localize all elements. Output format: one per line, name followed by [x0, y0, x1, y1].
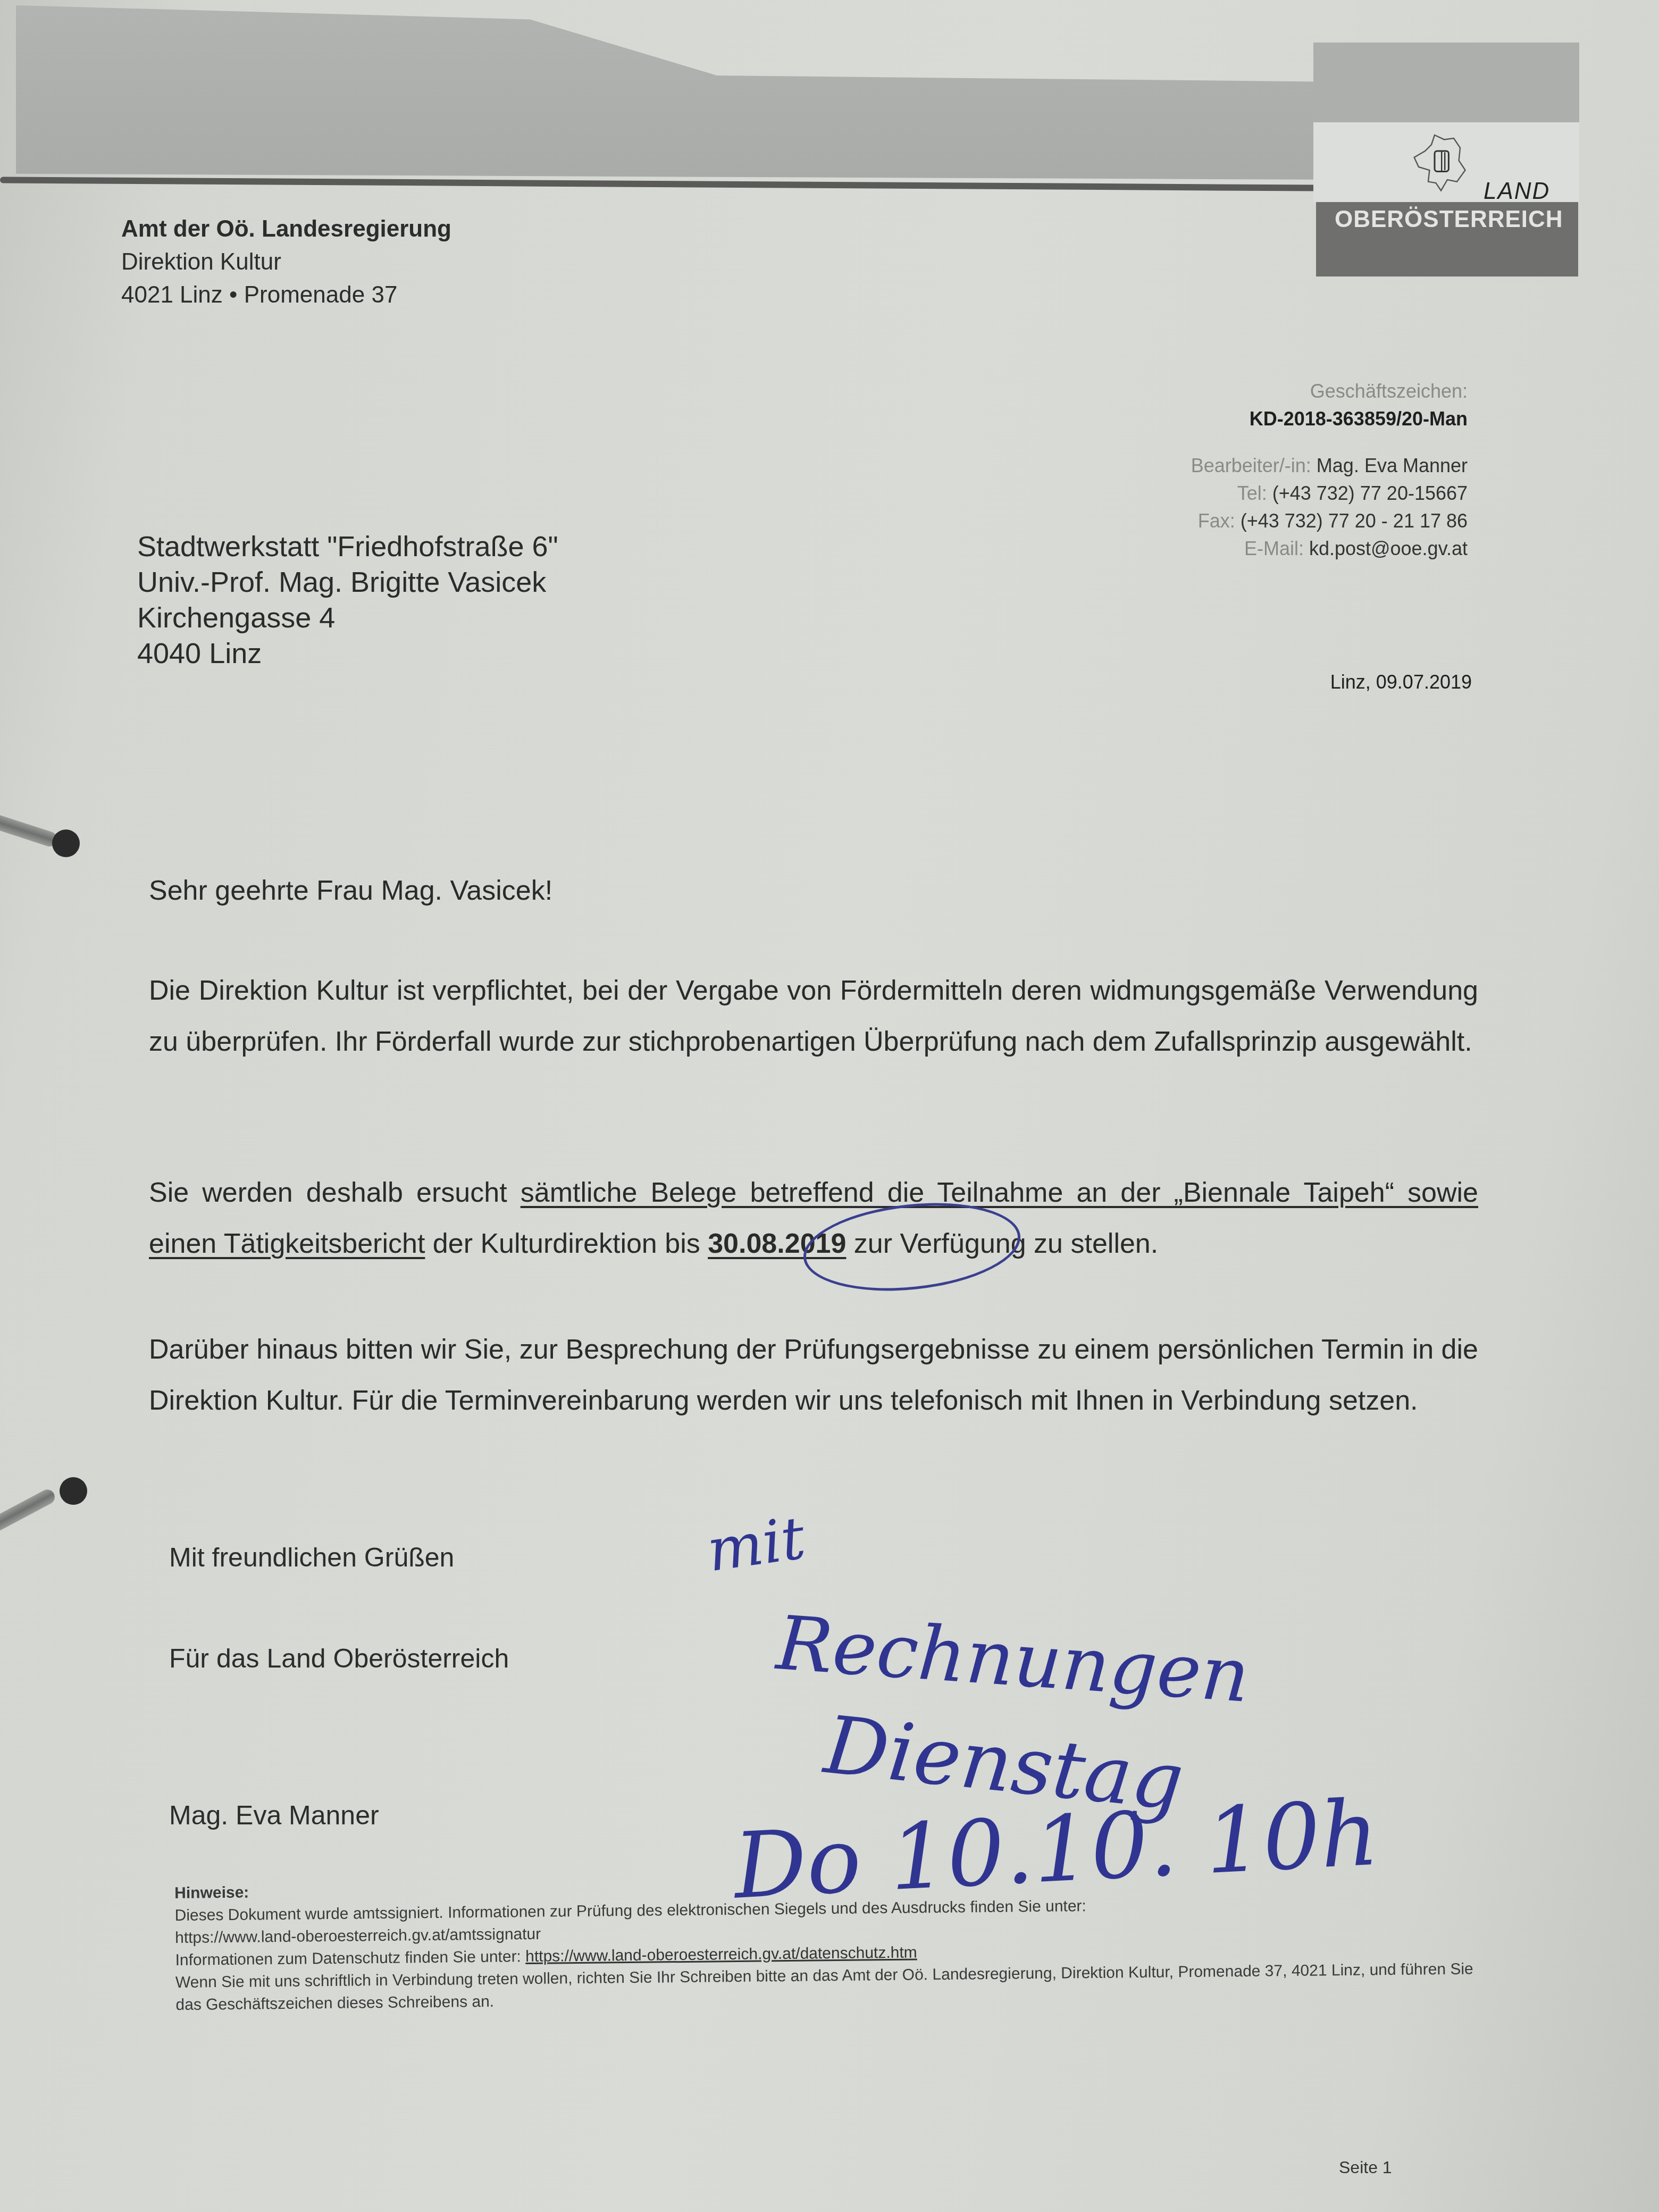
- tel-line: Tel: (+43 732) 77 20-15667: [1191, 480, 1468, 507]
- email-line: E-Mail: kd.post@ooe.gv.at: [1191, 535, 1468, 563]
- reference-block: Geschäftszeichen: KD-2018-363859/20-Man …: [1191, 378, 1468, 563]
- email-label: E-Mail:: [1244, 538, 1304, 559]
- sender-department: Direktion Kultur: [121, 246, 451, 279]
- separator-bullet: •: [229, 282, 237, 308]
- brand-oberoesterreich: OBERÖSTERREICH: [1335, 206, 1563, 233]
- footnotes: Hinweise: Dieses Dokument wurde amtssign…: [174, 1869, 1479, 2016]
- reference-number: KD-2018-363859/20-Man: [1191, 405, 1468, 433]
- handwritten-note-line-1: mit: [703, 1504, 809, 1585]
- fax-number: (+43 732) 77 20 - 21 17 86: [1241, 510, 1468, 532]
- sender-street: Promenade 37: [244, 282, 398, 308]
- tel-label: Tel:: [1237, 482, 1267, 504]
- privacy-label: Informationen zum Datenschutz finden Sie…: [175, 1948, 525, 1969]
- privacy-link[interactable]: https://www.land-oberoesterreich.gv.at/d…: [525, 1943, 917, 1965]
- paragraph-2-middle: der Kulturdirektion bis: [425, 1228, 708, 1259]
- paragraph-1: Die Direktion Kultur ist verpflichtet, b…: [149, 965, 1478, 1067]
- fax-line: Fax: (+43 732) 77 20 - 21 17 86: [1191, 507, 1468, 535]
- salutation: Sehr geehrte Frau Mag. Vasicek!: [149, 875, 552, 907]
- sender-address: Amt der Oö. Landesregierung Direktion Ku…: [121, 213, 451, 312]
- sender-street-line: 4021 Linz • Promenade 37: [121, 279, 451, 312]
- brand-land: LAND: [1484, 178, 1550, 205]
- punch-hole-icon: [52, 829, 80, 857]
- recipient-address: Stadtwerkstatt "Friedhofstraße 6" Univ.-…: [137, 529, 558, 672]
- recipient-organization: Stadtwerkstatt "Friedhofstraße 6": [137, 529, 558, 565]
- paragraph-3: Darüber hinaus bitten wir Sie, zur Bespr…: [149, 1324, 1478, 1426]
- page-number: Seite 1: [1339, 2158, 1392, 2177]
- letterhead-band-right: [1313, 43, 1579, 122]
- email-address: kd.post@ooe.gv.at: [1309, 538, 1468, 559]
- closing-on-behalf: Für das Land Oberösterreich: [169, 1643, 509, 1674]
- upper-austria-coat-of-arms-map-icon: [1409, 132, 1473, 196]
- punch-hole-icon: [60, 1477, 87, 1505]
- letter-date: Linz, 09.07.2019: [1330, 671, 1472, 693]
- clerk-line: Bearbeiter/-in: Mag. Eva Manner: [1191, 452, 1468, 480]
- fax-label: Fax:: [1198, 510, 1235, 532]
- tel-number: (+43 732) 77 20-15667: [1272, 482, 1468, 504]
- recipient-city: 4040 Linz: [137, 636, 558, 672]
- signatory-name: Mag. Eva Manner: [169, 1800, 379, 1831]
- binder-ring-icon: [0, 810, 59, 849]
- clerk-label: Bearbeiter/-in:: [1191, 455, 1311, 476]
- reference-label: Geschäftszeichen:: [1191, 378, 1468, 405]
- binder-ring-icon: [0, 1487, 57, 1537]
- clerk-name: Mag. Eva Manner: [1317, 455, 1468, 476]
- paragraph-2-intro: Sie werden deshalb ersucht: [149, 1177, 521, 1208]
- sender-office: Amt der Oö. Landesregierung: [121, 213, 451, 246]
- recipient-street: Kirchengasse 4: [137, 600, 558, 636]
- sender-city: 4021 Linz: [121, 282, 223, 308]
- letterhead-rule: [0, 177, 1319, 191]
- closing-greeting: Mit freundlichen Grüßen: [169, 1542, 454, 1573]
- recipient-name: Univ.-Prof. Mag. Brigitte Vasicek: [137, 565, 558, 600]
